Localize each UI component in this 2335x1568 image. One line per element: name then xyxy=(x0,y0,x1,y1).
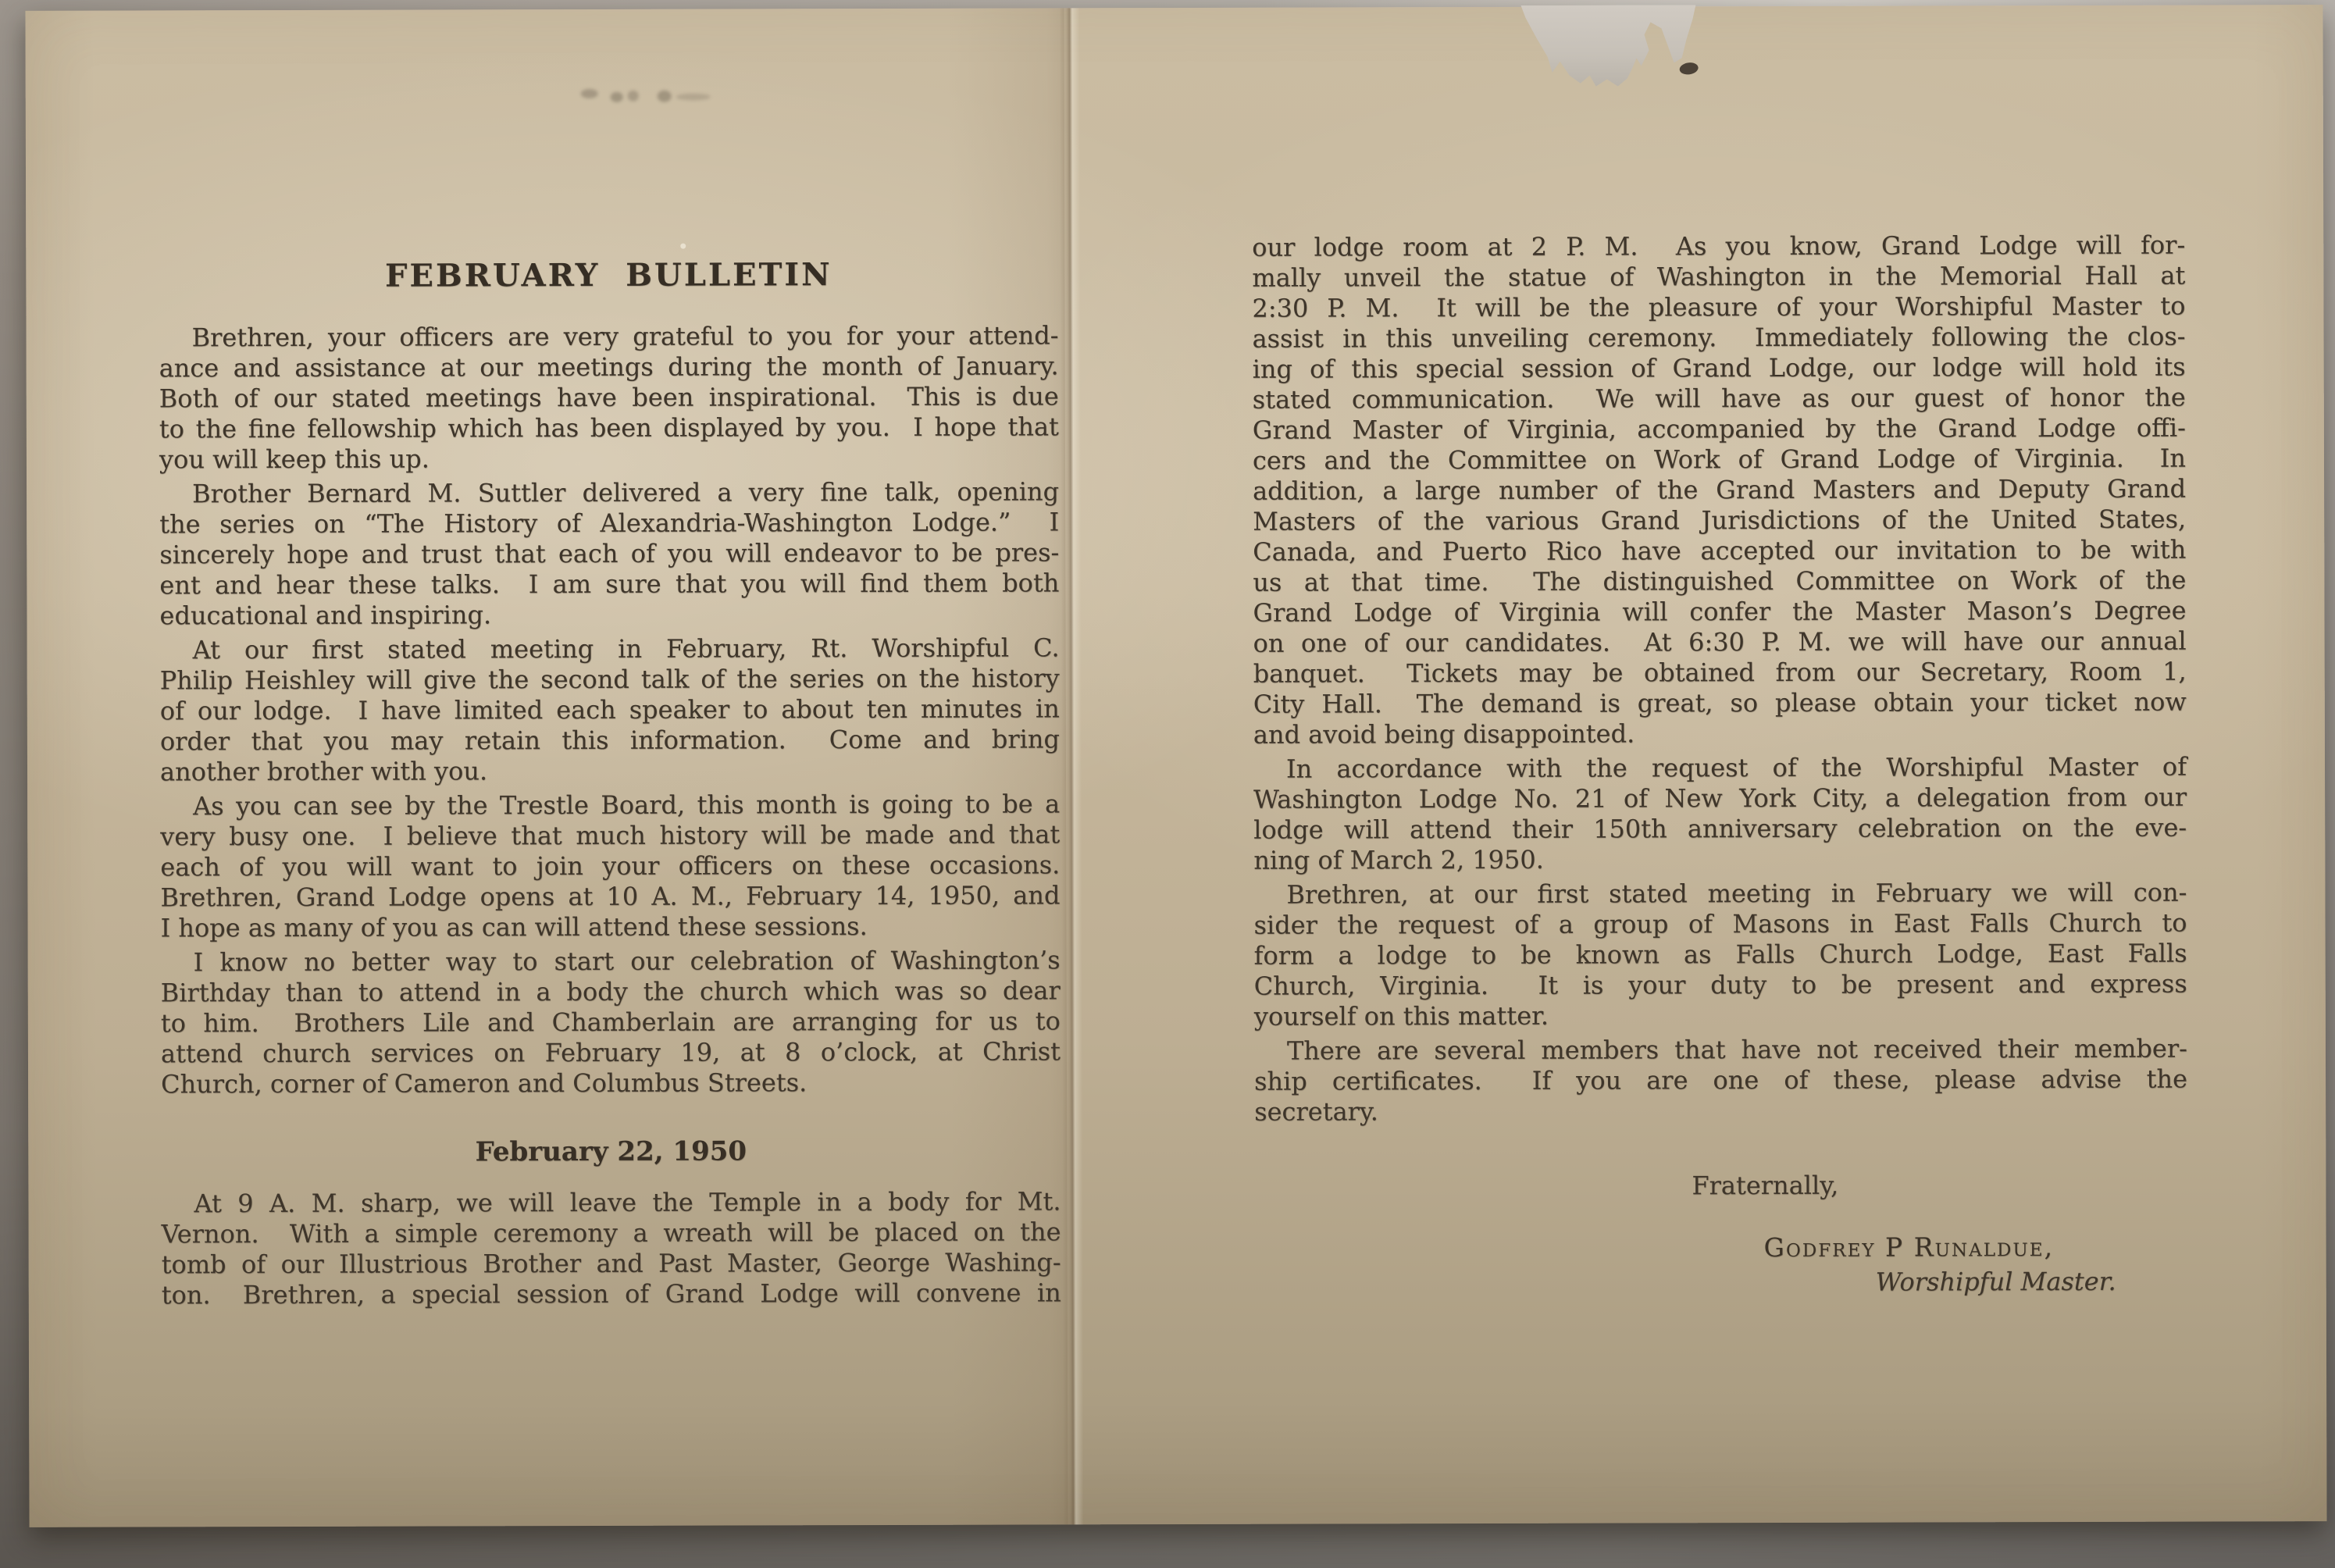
text-line: Vernon. With a simple ceremony a wreath … xyxy=(162,1217,1061,1249)
text-line: stated communication. We will have as ou… xyxy=(1253,383,2186,415)
text-line: to him. Brothers Lile and Chamberlain ar… xyxy=(161,1006,1061,1039)
paragraph: There are several members that have not … xyxy=(1254,1034,2187,1128)
text-line: ship certificates. If you are one of the… xyxy=(1254,1064,2187,1097)
text-line: and avoid being disappointed. xyxy=(1253,718,2187,750)
paragraph: I know no better way to start our celebr… xyxy=(161,945,1061,1099)
paragraph: At our first stated meeting in February,… xyxy=(160,633,1061,787)
text-line: another brother with you. xyxy=(160,754,1060,787)
text-line: educational and inspiring. xyxy=(159,598,1059,631)
left-page-body-after: At 9 A. M. sharp, we will leave the Temp… xyxy=(161,1186,1061,1310)
text-line: very busy one. I believe that much histo… xyxy=(160,819,1060,852)
torn-notch xyxy=(1520,5,1700,96)
text-line: lodge will attend their 150th anniversar… xyxy=(1253,813,2187,846)
paragraph: our lodge room at 2 P. M. As you know, G… xyxy=(1252,230,2187,750)
right-page: our lodge room at 2 P. M. As you know, G… xyxy=(1252,230,2188,1299)
signature-title: Worshipful Master. xyxy=(1876,1266,2188,1298)
text-line: 2:30 P. M. It will be the pleasure of yo… xyxy=(1252,291,2185,324)
text-line: Masters of the various Grand Jurisdictio… xyxy=(1253,504,2186,537)
closing-salutation: Fraternally, xyxy=(1692,1169,2187,1202)
paper-speck xyxy=(680,244,686,249)
text-line: At 9 A. M. sharp, we will leave the Temp… xyxy=(161,1186,1061,1219)
text-line: Brother Bernard M. Suttler delivered a v… xyxy=(159,476,1059,509)
text-line: the series on “The History of Alexandria… xyxy=(159,507,1059,540)
date-subheading: February 22, 1950 xyxy=(161,1133,1061,1170)
text-line: As you can see by the Trestle Board, thi… xyxy=(160,789,1060,821)
text-line: yourself on this matter. xyxy=(1254,1000,2187,1032)
paper-hole xyxy=(1679,62,1699,76)
text-line: Church, corner of Cameron and Columbus S… xyxy=(161,1067,1061,1099)
text-line: I hope as many of you as can will attend… xyxy=(160,911,1060,943)
text-line: ance and assistance at our meetings duri… xyxy=(159,351,1059,383)
text-line: each of you will want to join your offic… xyxy=(160,850,1060,882)
ink-smudge-marks xyxy=(576,81,725,112)
text-line: Brethren, Grand Lodge opens at 10 A. M.,… xyxy=(160,880,1060,913)
paragraph: In accordance with the request of the Wo… xyxy=(1253,752,2187,876)
text-line: Birthday than to attend in a body the ch… xyxy=(161,975,1061,1008)
text-line: ton. Brethren, a special session of Gran… xyxy=(162,1278,1061,1310)
paragraph: Brother Bernard M. Suttler delivered a v… xyxy=(159,476,1060,631)
paragraph: Brethren, your officers are very gratefu… xyxy=(159,320,1060,475)
text-line: of our lodge. I have limited each speake… xyxy=(160,693,1060,726)
right-page-body: our lodge room at 2 P. M. As you know, G… xyxy=(1252,230,2187,1128)
signature-name: Godfrey P Runaldue, xyxy=(1764,1231,2188,1263)
text-line: Philip Heishley will give the second tal… xyxy=(160,663,1060,696)
center-fold-crease xyxy=(1059,8,1083,1524)
paragraph: Brethren, at our first stated meeting in… xyxy=(1253,878,2187,1032)
paragraph: As you can see by the Trestle Board, thi… xyxy=(160,789,1061,943)
text-line: cers and the Committee on Work of Grand … xyxy=(1253,444,2186,476)
text-line: Brethren, at our first stated meeting in… xyxy=(1253,878,2187,911)
text-line: secretary. xyxy=(1254,1095,2187,1128)
text-line: to the fine fellowship which has been di… xyxy=(159,412,1059,444)
text-line: Brethren, your officers are very gratefu… xyxy=(159,320,1059,353)
text-line: addition, a large number of the Grand Ma… xyxy=(1253,474,2186,507)
text-line: Both of our stated meetings have been in… xyxy=(159,381,1059,414)
left-page: FEBRUARY BULLETIN Brethren, your officer… xyxy=(159,256,1061,1314)
bulletin-paper: FEBRUARY BULLETIN Brethren, your officer… xyxy=(25,5,2326,1527)
text-line: assist in this unveiling ceremony. Immed… xyxy=(1253,322,2186,355)
text-line: you will keep this up. xyxy=(159,442,1059,475)
text-line: us at that time. The distinguished Commi… xyxy=(1253,565,2186,598)
text-line: In accordance with the request of the Wo… xyxy=(1253,752,2187,785)
text-line: Washington Lodge No. 21 of New York City… xyxy=(1253,782,2187,815)
text-line: sider the request of a group of Masons i… xyxy=(1253,908,2187,941)
text-line: ning of March 2, 1950. xyxy=(1253,843,2187,876)
text-line: attend church services on February 19, a… xyxy=(161,1036,1061,1069)
page-title: FEBRUARY BULLETIN xyxy=(159,256,1058,294)
text-line: order that you may retain this informati… xyxy=(160,724,1060,757)
photo-backdrop: { "colors": { "paper": "#c4b59a", "ink":… xyxy=(0,0,2335,1568)
text-line: At our first stated meeting in February,… xyxy=(160,633,1060,665)
text-line: mally unveil the statue of Washington in… xyxy=(1252,261,2185,294)
text-line: tomb of our Illustrious Brother and Past… xyxy=(162,1247,1061,1280)
text-line: ing of this special session of Grand Lod… xyxy=(1253,352,2186,385)
text-line: sincerely hope and trust that each of yo… xyxy=(159,537,1059,570)
text-line: Canada, and Puerto Rico have accepted ou… xyxy=(1253,535,2186,568)
text-line: Grand Master of Virginia, accompanied by… xyxy=(1253,413,2186,446)
text-line: our lodge room at 2 P. M. As you know, G… xyxy=(1252,230,2185,263)
left-page-body: Brethren, your officers are very gratefu… xyxy=(159,320,1061,1099)
text-line: There are several members that have not … xyxy=(1254,1034,2187,1067)
text-line: I know no better way to start our celebr… xyxy=(161,945,1061,978)
paragraph: At 9 A. M. sharp, we will leave the Temp… xyxy=(161,1186,1061,1310)
text-line: Church, Virginia. It is your duty to be … xyxy=(1254,969,2187,1002)
text-line: form a lodge to be known as Falls Church… xyxy=(1254,939,2187,971)
text-line: banquet. Tickets may be obtained from ou… xyxy=(1253,657,2187,690)
text-line: on one of our candidates. At 6:30 P. M. … xyxy=(1253,626,2187,659)
text-line: ent and hear these talks. I am sure that… xyxy=(159,568,1059,600)
text-line: City Hall. The demand is great, so pleas… xyxy=(1253,687,2187,720)
text-line: Grand Lodge of Virginia will confer the … xyxy=(1253,596,2186,629)
